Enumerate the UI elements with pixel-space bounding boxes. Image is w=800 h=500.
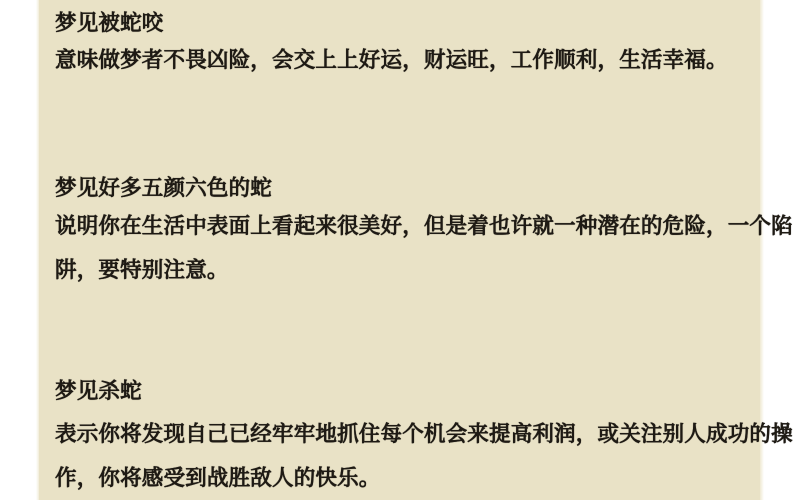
section-body-colorful-snakes-line-1: 说明你在生活中表面上看起来很美好，但是着也许就一种潜在的危险，一个陷 xyxy=(55,212,793,242)
section-title-snake-bite: 梦见被蛇咬 xyxy=(55,9,164,39)
section-title-kill-snake: 梦见杀蛇 xyxy=(55,377,142,407)
section-body-colorful-snakes-line-2: 阱，要特别注意。 xyxy=(55,256,229,286)
section-title-colorful-snakes: 梦见好多五颜六色的蛇 xyxy=(55,174,272,204)
section-body-snake-bite-line-1: 意味做梦者不畏凶险，会交上上好运，财运旺，工作顺利，生活幸福。 xyxy=(55,46,728,76)
section-body-kill-snake-line-1: 表示你将发现自己已经牢牢地抓住每个机会来提高利润，或关注别人成功的操 xyxy=(55,420,793,450)
section-body-kill-snake-line-2: 作，你将感受到战胜敌人的快乐。 xyxy=(55,464,381,494)
page: 梦见被蛇咬 意味做梦者不畏凶险，会交上上好运，财运旺，工作顺利，生活幸福。 梦见… xyxy=(0,0,800,500)
